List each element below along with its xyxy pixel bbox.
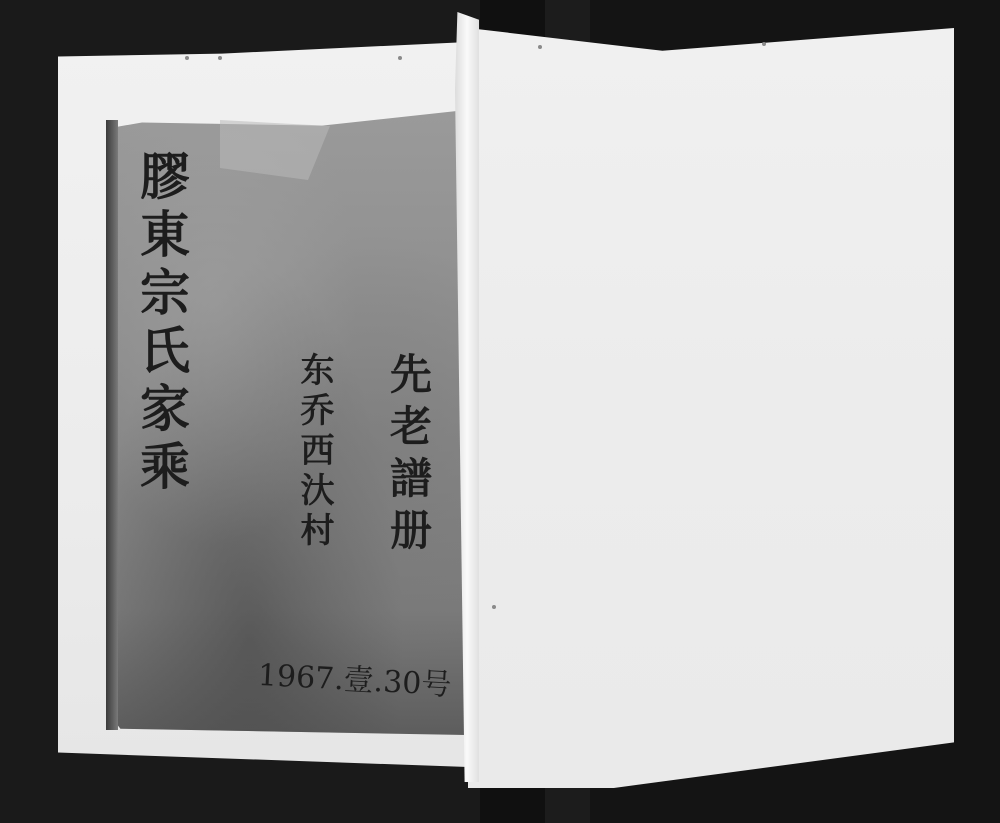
speck bbox=[218, 56, 222, 60]
speck bbox=[185, 56, 189, 60]
speck bbox=[398, 56, 402, 60]
speck bbox=[492, 605, 496, 609]
speck bbox=[762, 42, 766, 46]
village-name: 东乔西汏村 bbox=[290, 352, 339, 552]
right-blank-page bbox=[468, 28, 954, 788]
cover-spine-edge bbox=[106, 120, 118, 730]
speck bbox=[538, 45, 542, 49]
register-label: 先老譜册 bbox=[378, 352, 438, 560]
cover-title: 膠東宗氏家乘 bbox=[125, 150, 197, 498]
